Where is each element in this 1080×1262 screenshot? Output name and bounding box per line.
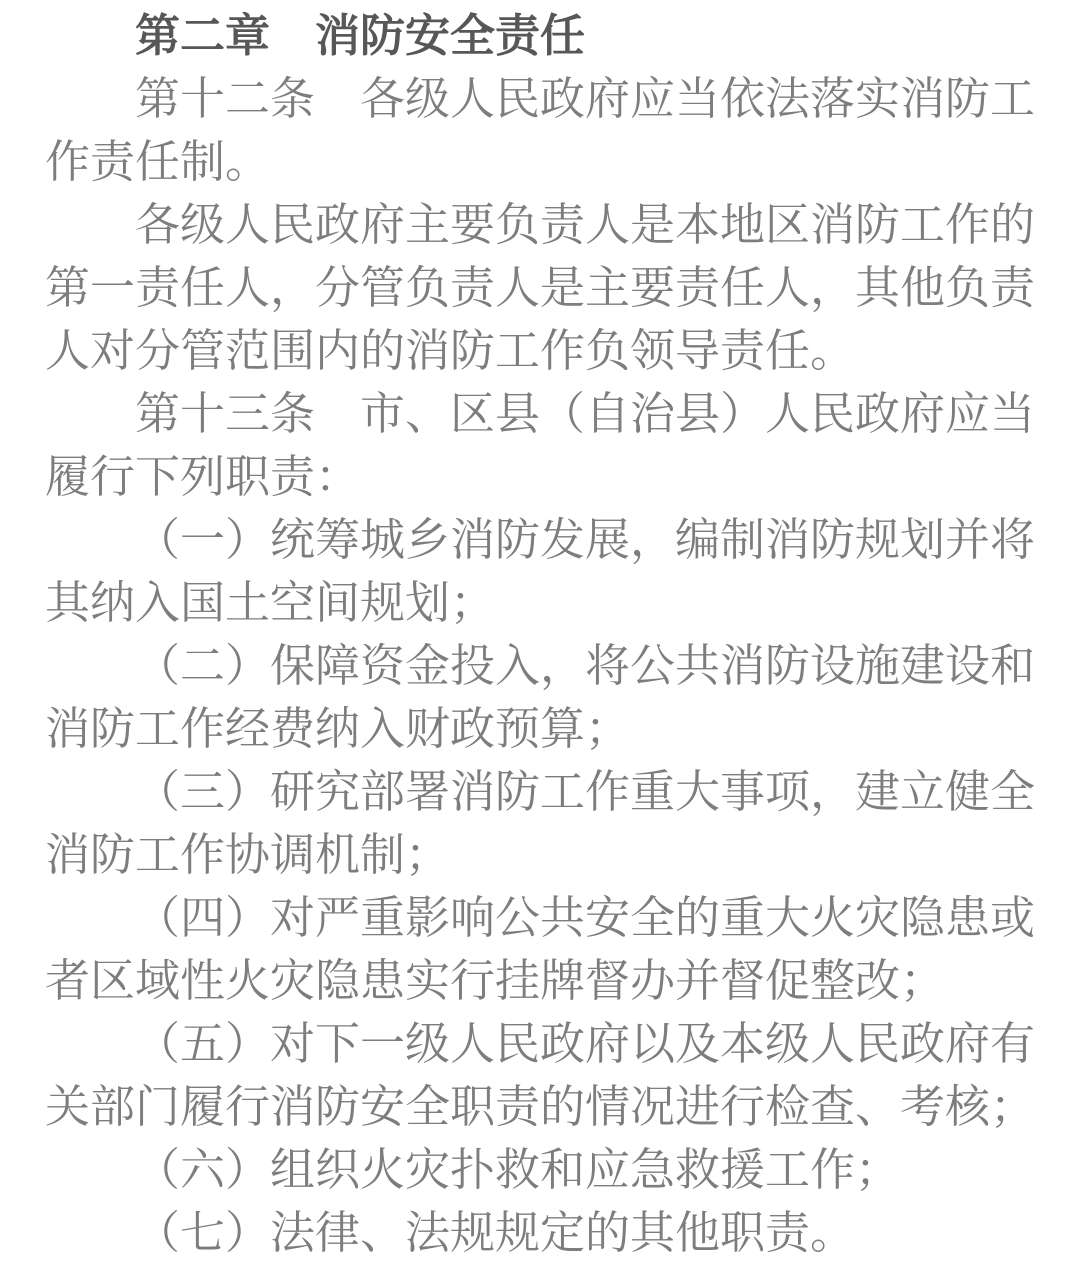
document-body: 第二章 消防安全责任 第十二条 各级人民政府应当依法落实消防工作责任制。 各级人… xyxy=(0,0,1080,1262)
paragraph-item-2: （二）保障资金投入，将公共消防设施建设和消防工作经费纳入财政预算； xyxy=(45,634,1035,760)
paragraph-item-4: （四）对严重影响公共安全的重大火灾隐患或者区域性火灾隐患实行挂牌督办并督促整改； xyxy=(45,886,1035,1012)
paragraph-item-6: （六）组织火灾扑救和应急救援工作； xyxy=(45,1138,1035,1201)
paragraph-article-13: 第十三条 市、区县（自治县）人民政府应当履行下列职责： xyxy=(45,382,1035,508)
paragraph-item-5: （五）对下一级人民政府以及本级人民政府有关部门履行消防安全职责的情况进行检查、考… xyxy=(45,1012,1035,1138)
paragraph-item-3: （三）研究部署消防工作重大事项，建立健全消防工作协调机制； xyxy=(45,760,1035,886)
paragraph-article-12: 第十二条 各级人民政府应当依法落实消防工作责任制。 xyxy=(45,67,1035,193)
paragraph-article-12-detail: 各级人民政府主要负责人是本地区消防工作的第一责任人，分管负责人是主要责任人，其他… xyxy=(45,193,1035,382)
chapter-heading: 第二章 消防安全责任 xyxy=(45,4,1035,67)
paragraph-item-7: （七）法律、法规规定的其他职责。 xyxy=(45,1201,1035,1262)
paragraph-item-1: （一）统筹城乡消防发展，编制消防规划并将其纳入国土空间规划； xyxy=(45,508,1035,634)
